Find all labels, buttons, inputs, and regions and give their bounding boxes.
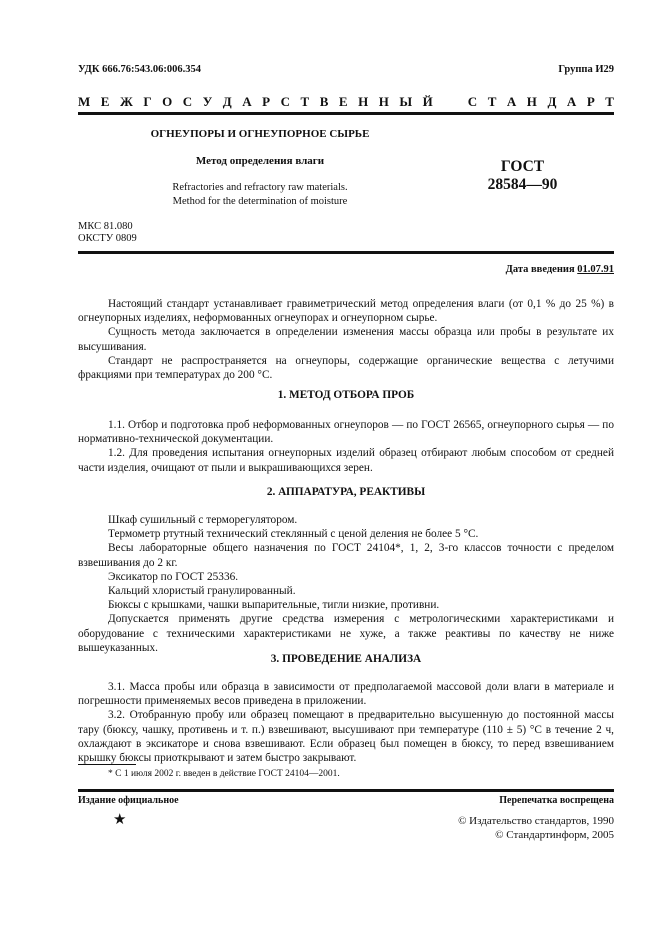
paragraph: 3.1. Масса пробы или образца в зависимос… bbox=[78, 680, 614, 708]
banner-letter: Т bbox=[301, 94, 310, 110]
udk-code: УДК 666.76:543.06:006.354 bbox=[78, 64, 201, 75]
banner-letter: Ы bbox=[399, 94, 412, 110]
banner-letter: Е bbox=[339, 94, 348, 110]
paragraph: 3.2. Отобранную пробу или образец помеща… bbox=[78, 708, 614, 765]
english-title: Refractories and refractory raw material… bbox=[130, 181, 390, 209]
section-1-body: 1.1. Отбор и подготовка проб неформованн… bbox=[78, 418, 614, 475]
banner-letter: Г bbox=[143, 94, 151, 110]
classification-codes: МКС 81.080 ОКСТУ 0809 bbox=[78, 221, 137, 245]
footnote-rule bbox=[78, 764, 136, 765]
banner-letter: Т bbox=[605, 94, 614, 110]
banner-letter: В bbox=[320, 94, 329, 110]
paragraph: Эксикатор по ГОСТ 25336. bbox=[78, 570, 614, 584]
english-title-line: Refractories and refractory raw material… bbox=[130, 181, 390, 195]
paragraph: Сущность метода заключается в определени… bbox=[78, 325, 614, 353]
group-code: Группа И29 bbox=[558, 64, 614, 75]
banner-gap bbox=[443, 94, 457, 110]
gost-designation: ГОСТ 28584—90 bbox=[480, 158, 565, 194]
footer-rule bbox=[78, 789, 614, 792]
document-title: ОГНЕУПОРЫ И ОГНЕУПОРНОЕ СЫРЬЕ bbox=[130, 128, 390, 140]
introduction-date: Дата введения 01.07.91 bbox=[506, 264, 614, 275]
document-subtitle: Метод определения влаги bbox=[130, 155, 390, 167]
english-title-line: Method for the determination of moisture bbox=[130, 195, 390, 209]
banner-letter: О bbox=[162, 94, 172, 110]
banner-letter: Н bbox=[379, 94, 389, 110]
banner-letter: А bbox=[507, 94, 516, 110]
paragraph: Стандарт не распространяется на огнеупор… bbox=[78, 354, 614, 382]
banner-letter: У bbox=[203, 94, 213, 110]
star-icon: ★ bbox=[113, 810, 126, 829]
section-heading-3: 3. ПРОВЕДЕНИЕ АНАЛИЗА bbox=[78, 653, 614, 665]
banner-letter: С bbox=[281, 94, 290, 110]
banner-letter: Д bbox=[223, 94, 232, 110]
paragraph: Допускается применять другие средства из… bbox=[78, 612, 614, 655]
banner-letter: М bbox=[78, 94, 90, 110]
gost-label: ГОСТ bbox=[480, 158, 565, 176]
paragraph: 1.2. Для проведения испытания огнеупорны… bbox=[78, 446, 614, 474]
copyright-line: © Стандартинформ, 2005 bbox=[458, 828, 614, 842]
reprint-prohibited-label: Перепечатка воспрещена bbox=[499, 795, 614, 806]
banner-letter: Й bbox=[423, 94, 433, 110]
banner-letter: С bbox=[183, 94, 192, 110]
date-value: 01.07.91 bbox=[577, 264, 614, 275]
interstate-standard-banner: М Е Ж Г О С У Д А Р С Т В Е Н Н Ы Й С Т … bbox=[78, 94, 614, 110]
header-rule bbox=[78, 112, 614, 115]
paragraph: Кальций хлористый гранулированный. bbox=[78, 584, 614, 598]
okstu-code: ОКСТУ 0809 bbox=[78, 233, 137, 245]
banner-letter: Т bbox=[488, 94, 497, 110]
banner-letter: А bbox=[242, 94, 251, 110]
paragraph: Настоящий стандарт устанавливает гравиме… bbox=[78, 297, 614, 325]
gost-number: 28584—90 bbox=[480, 176, 565, 194]
section-heading-2: 2. АППАРАТУРА, РЕАКТИВЫ bbox=[78, 486, 614, 498]
section-3-body: 3.1. Масса пробы или образца в зависимос… bbox=[78, 680, 614, 765]
banner-letter: А bbox=[567, 94, 576, 110]
paragraph: Бюксы с крышками, чашки выпарительные, т… bbox=[78, 598, 614, 612]
banner-letter: С bbox=[468, 94, 477, 110]
section-2-body: Шкаф сушильный с терморегулятором. Термо… bbox=[78, 513, 614, 655]
banner-letter: Ж bbox=[120, 94, 133, 110]
date-label: Дата введения bbox=[506, 264, 578, 275]
paragraph: 1.1. Отбор и подготовка проб неформованн… bbox=[78, 418, 614, 446]
banner-letter: Р bbox=[587, 94, 595, 110]
footnote: * С 1 июля 2002 г. введен в действие ГОС… bbox=[108, 769, 340, 779]
copyright-block: © Издательство стандартов, 1990 © Станда… bbox=[458, 814, 614, 842]
section-heading-1: 1. МЕТОД ОТБОРА ПРОБ bbox=[78, 389, 614, 401]
mks-code: МКС 81.080 bbox=[78, 221, 137, 233]
banner-letter: Н bbox=[358, 94, 368, 110]
title-rule bbox=[78, 251, 614, 254]
intro-text: Настоящий стандарт устанавливает гравиме… bbox=[78, 297, 614, 382]
paragraph: Весы лабораторные общего назначения по Г… bbox=[78, 541, 614, 569]
banner-letter: Е bbox=[101, 94, 110, 110]
banner-letter: Н bbox=[527, 94, 537, 110]
banner-letter: Р bbox=[262, 94, 270, 110]
paragraph: Термометр ртутный технический стеклянный… bbox=[78, 527, 614, 541]
paragraph: Шкаф сушильный с терморегулятором. bbox=[78, 513, 614, 527]
copyright-line: © Издательство стандартов, 1990 bbox=[458, 814, 614, 828]
banner-letter: Д bbox=[547, 94, 556, 110]
official-edition-label: Издание официальное bbox=[78, 795, 179, 806]
